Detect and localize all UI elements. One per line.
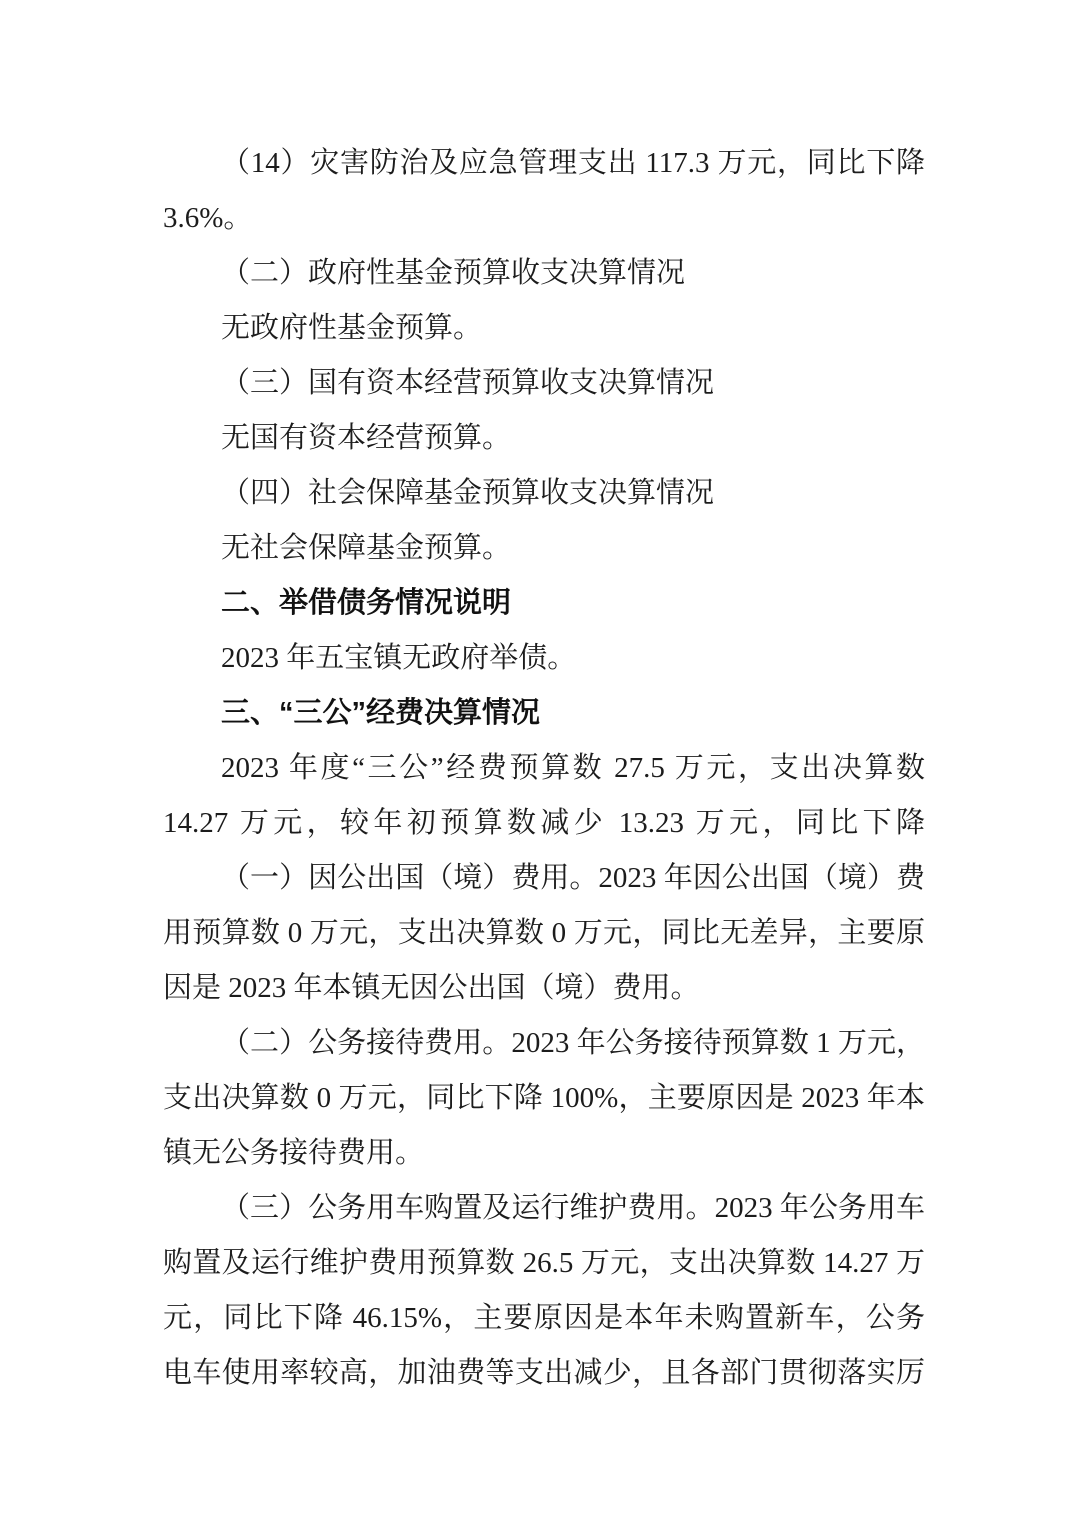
text-line: 无国有资本经营预算。	[163, 411, 925, 466]
text-line: （二）政府性基金预算收支决算情况	[163, 246, 925, 301]
text-line: 元，同比下降 46.15%，主要原因是本年未购置新车，公务车	[163, 1291, 925, 1346]
section-heading: 三、“三公”经费决算情况	[163, 686, 925, 741]
text-line: 14.27 万元，较年初预算数减少 13.23 万元，同比下降 48.11%。	[163, 796, 925, 851]
text-line: 用预算数 0 万元，支出决算数 0 万元，同比无差异，主要原	[163, 906, 925, 961]
text-line: 2023 年五宝镇无政府举债。	[163, 631, 925, 686]
text-line: （14）灾害防治及应急管理支出 117.3 万元，同比下降	[163, 136, 925, 191]
text-line: （二）公务接待费用。2023 年公务接待预算数 1 万元，	[163, 1016, 925, 1071]
text-line: 无政府性基金预算。	[163, 301, 925, 356]
text-line: 电车使用率较高，加油费等支出减少，且各部门贯彻落实厉	[163, 1346, 925, 1401]
text-line: （一）因公出国（境）费用。2023 年因公出国（境）费	[163, 851, 925, 906]
text-line: 支出决算数 0 万元，同比下降 100%，主要原因是 2023 年本	[163, 1071, 925, 1126]
text-line: （三）国有资本经营预算收支决算情况	[163, 356, 925, 411]
text-line: （四）社会保障基金预算收支决算情况	[163, 466, 925, 521]
text-line: 2023 年度“三公”经费预算数 27.5 万元，支出决算数	[163, 741, 925, 796]
text-line: 镇无公务接待费用。	[163, 1126, 925, 1181]
text-line: 因是 2023 年本镇无因公出国（境）费用。	[163, 961, 925, 1016]
text-line: 3.6%。	[163, 191, 925, 246]
document-body: （14）灾害防治及应急管理支出 117.3 万元，同比下降3.6%。（二）政府性…	[163, 136, 925, 1401]
text-line: 购置及运行维护费用预算数 26.5 万元，支出决算数 14.27 万	[163, 1236, 925, 1291]
text-line: 无社会保障基金预算。	[163, 521, 925, 576]
section-heading: 二、举借债务情况说明	[163, 576, 925, 631]
document-page: （14）灾害防治及应急管理支出 117.3 万元，同比下降3.6%。（二）政府性…	[0, 0, 1074, 1520]
text-line: （三）公务用车购置及运行维护费用。2023 年公务用车	[163, 1181, 925, 1236]
